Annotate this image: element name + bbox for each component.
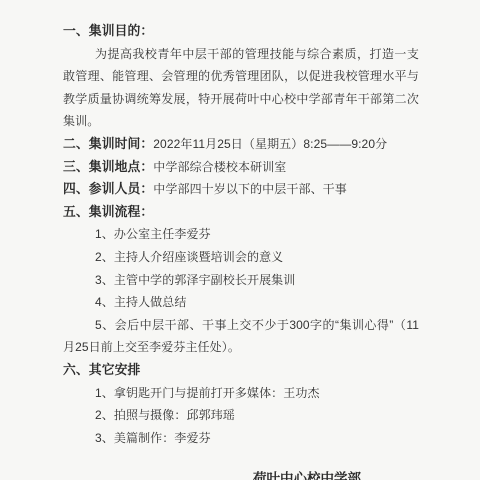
section-time-line: 二、集训时间：2022年11月25日（星期五）8:25——9:20分 [63,133,419,156]
flow-item-3: 3、主管中学的郭泽宇副校长开展集训 [63,269,419,292]
location-label: 三、集训地点： [63,159,153,174]
time-label: 二、集训时间： [63,136,153,151]
section-flow-heading: 五、集训流程： [63,201,419,224]
participants-label: 四、参训人员： [63,181,153,196]
section-participants-line: 四、参训人员：中学部四十岁以下的中层干部、干事 [63,178,419,201]
training-plan-document: 一、集训目的： 为提高我校青年中层干部的管理技能与综合素质，打造一支敢管理、能管… [63,20,419,449]
signature: 荷叶中心校中学部 [253,467,361,480]
section-location-line: 三、集训地点：中学部综合楼校本研训室 [63,156,419,179]
flow-item-1: 1、办公室主任李爱芬 [63,223,419,246]
section-other-heading: 六、其它安排 [63,359,419,382]
flow-item-2: 2、主持人介绍座谈暨培训会的意义 [63,246,419,269]
location-value: 中学部综合楼校本研训室 [153,160,286,174]
document-page: 一、集训目的： 为提高我校青年中层干部的管理技能与综合素质，打造一支敢管理、能管… [0,0,480,480]
other-item-2: 2、拍照与摄像：邱郭玮瑶 [63,404,419,427]
participants-value: 中学部四十岁以下的中层干部、干事 [153,182,347,196]
section-purpose-heading: 一、集训目的： [63,20,419,43]
purpose-paragraph: 为提高我校青年中层干部的管理技能与综合素质，打造一支敢管理、能管理、会管理的优秀… [63,43,419,133]
other-item-3: 3、美篇制作：李爱芬 [63,427,419,450]
other-item-1: 1、拿钥匙开门与提前打开多媒体：王功杰 [63,382,419,405]
time-value: 2022年11月25日（星期五）8:25——9:20分 [153,137,387,151]
flow-item-5: 5、会后中层干部、干事上交不少于300字的“集训心得”（11月25日前上交至李爱… [63,314,419,359]
flow-item-4: 4、主持人做总结 [63,291,419,314]
